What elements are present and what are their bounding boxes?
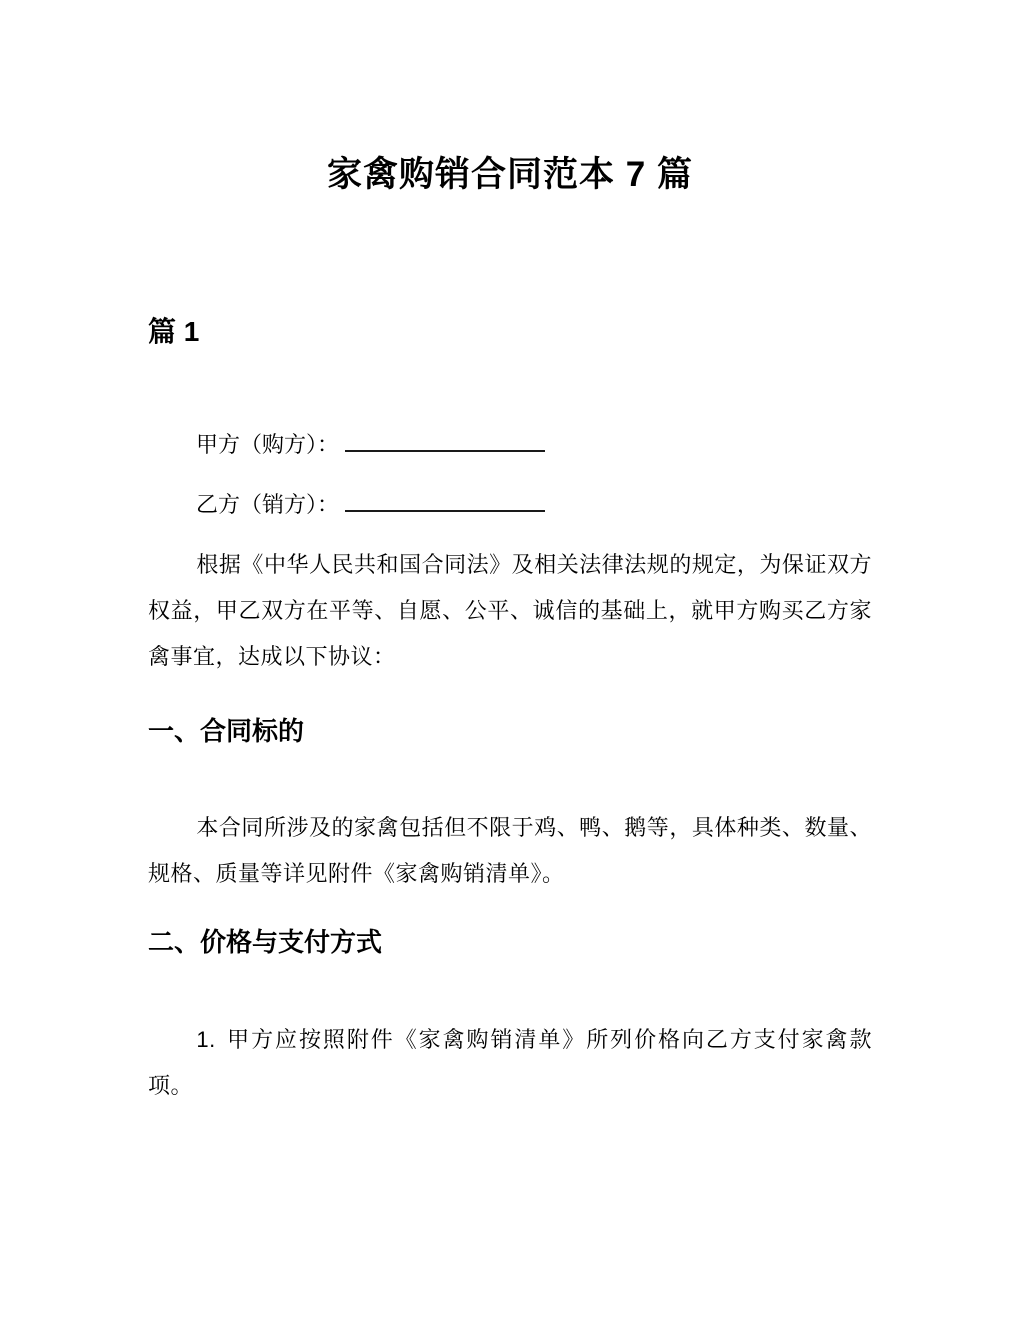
contract-document-page: 家禽购销合同范本 7 篇 篇 1 甲方（购方）： 乙方（销方）： 根据《中华人民… bbox=[0, 0, 1020, 1320]
clause-1-number: 1. bbox=[196, 1027, 215, 1052]
section-1-paragraph: 本合同所涉及的家禽包括但不限于鸡、鸭、鹅等，具体种类、数量、规格、质量等详见附件… bbox=[148, 805, 872, 897]
party-a-blank-underline bbox=[345, 432, 545, 452]
party-b-label: 乙方（销方）： bbox=[196, 492, 339, 517]
party-b-blank-underline bbox=[345, 492, 545, 512]
clause-1-paragraph: 1.甲方应按照附件《家禽购销清单》所列价格向乙方支付家禽款项。 bbox=[148, 1017, 872, 1109]
party-b-line: 乙方（销方）： bbox=[148, 482, 872, 528]
document-title: 家禽购销合同范本 7 篇 bbox=[148, 150, 872, 200]
section-1-heading: 一、合同标的 bbox=[148, 711, 872, 751]
party-a-line: 甲方（购方）： bbox=[148, 422, 872, 468]
party-a-label: 甲方（购方）： bbox=[196, 432, 339, 457]
section-2-heading: 二、价格与支付方式 bbox=[148, 922, 872, 962]
preamble-paragraph: 根据《中华人民共和国合同法》及相关法律法规的规定，为保证双方权益，甲乙双方在平等… bbox=[148, 542, 872, 680]
part-1-heading: 篇 1 bbox=[148, 312, 872, 352]
clause-1-text: 甲方应按照附件《家禽购销清单》所列价格向乙方支付家禽款项。 bbox=[148, 1027, 872, 1098]
